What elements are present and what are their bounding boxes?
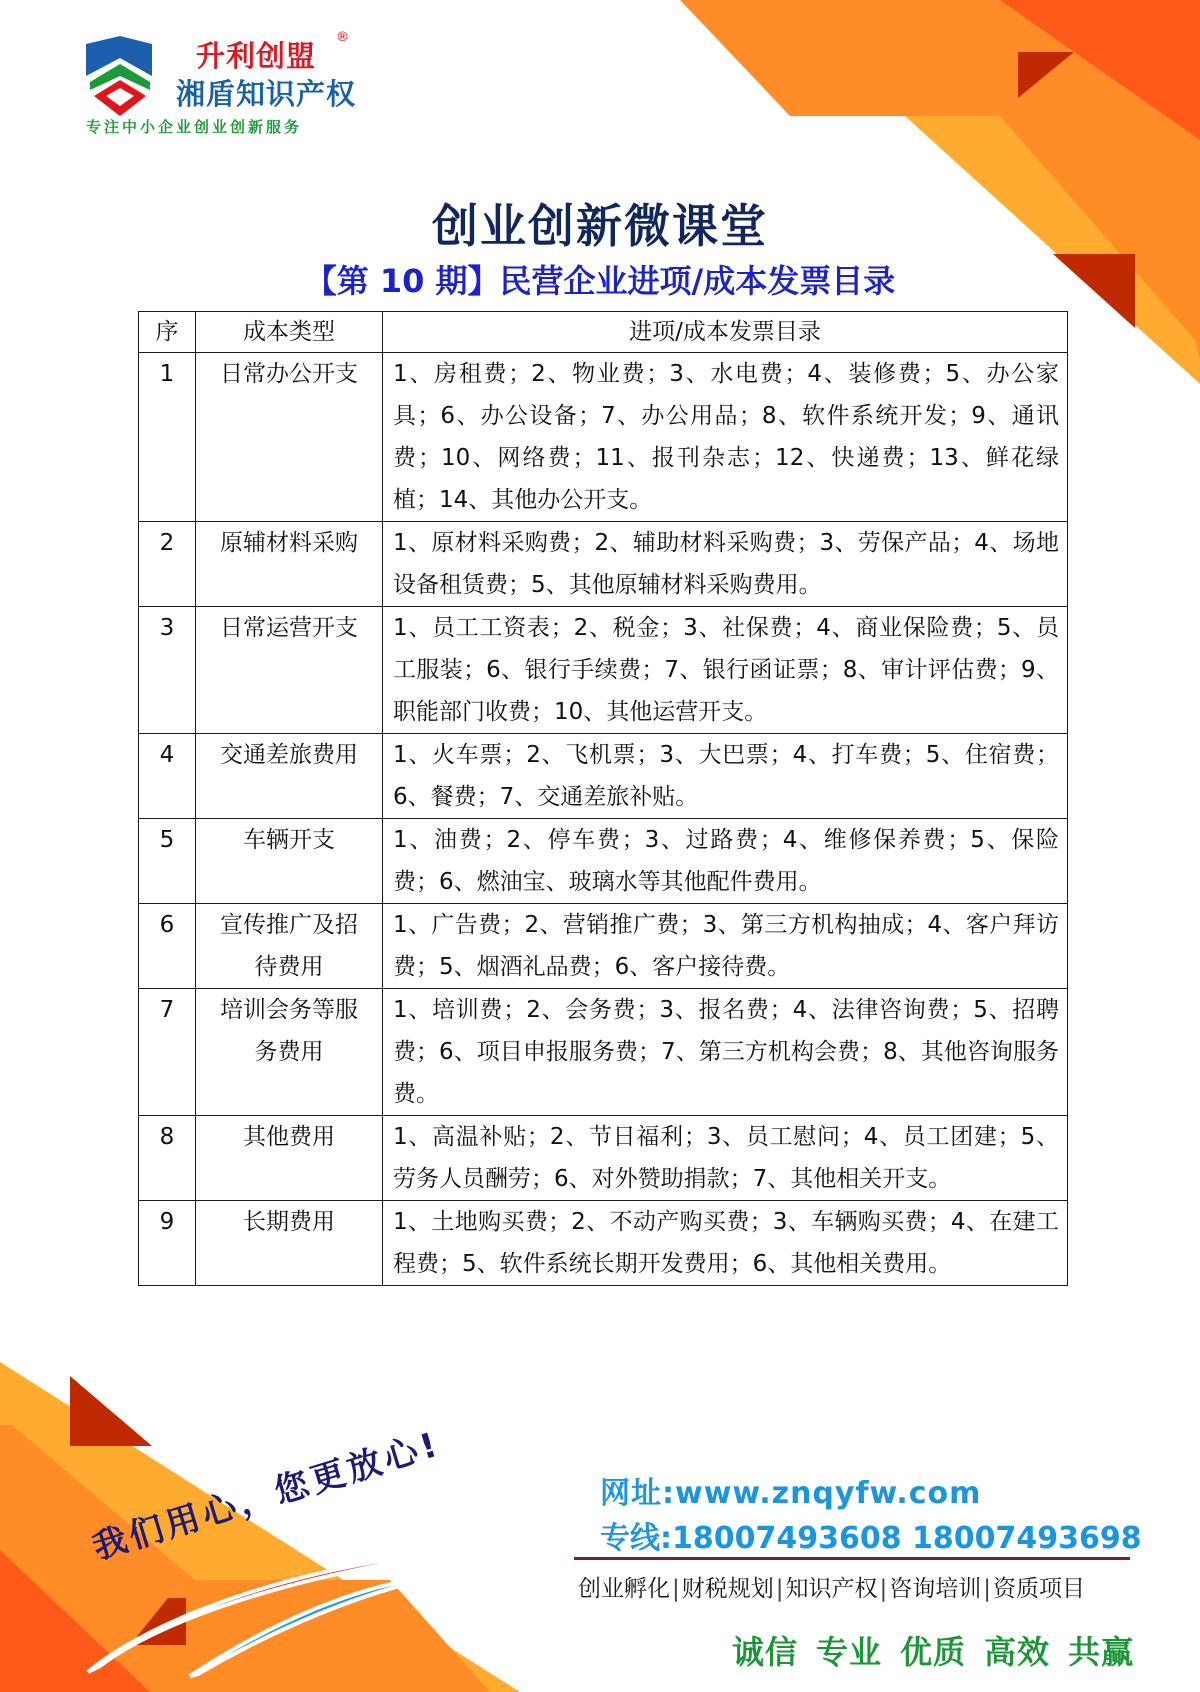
row-cost-type: 长期费用 xyxy=(196,1201,383,1286)
bottom-triangle-2 xyxy=(130,1598,186,1645)
shield-icon xyxy=(84,36,154,116)
registered-mark: ® xyxy=(336,30,349,45)
table-header-row: 序 成本类型 进项/成本发票目录 xyxy=(139,312,1068,353)
table-row: 8 其他费用 1、高温补贴；2、节日福利；3、员工慰问；4、员工团建；5、劳务人… xyxy=(139,1116,1068,1201)
blue-swoosh xyxy=(190,1576,438,1676)
table-row: 4 交通差旅费用 1、火车票；2、飞机票；3、大巴票；4、打车费；5、住宿费；6… xyxy=(139,734,1068,819)
row-items: 1、员工工资表；2、税金；3、社保费；4、商业保险费；5、员工服装；6、银行手续… xyxy=(383,607,1068,734)
row-items: 1、原材料采购费；2、辅助材料采购费；3、劳保产品；4、场地设备租赁费；5、其他… xyxy=(383,522,1068,607)
row-items: 1、油费；2、停车费；3、过路费；4、维修保养费；5、保险费；6、燃油宝、玻璃水… xyxy=(383,819,1068,904)
service-item: 创业孵化 xyxy=(578,1576,670,1602)
hotline-numbers: 专线:18007493608 18007493698 xyxy=(600,1513,1142,1557)
table-row: 3 日常运营开支 1、员工工资表；2、税金；3、社保费；4、商业保险费；5、员工… xyxy=(139,607,1068,734)
row-cost-type: 其他费用 xyxy=(196,1116,383,1201)
row-index: 8 xyxy=(139,1116,196,1201)
separator: | xyxy=(672,1576,680,1602)
row-index: 1 xyxy=(139,353,196,522)
website-link[interactable]: 网址:www.znqyfw.com xyxy=(600,1468,981,1512)
row-cost-type: 原辅材料采购 xyxy=(196,522,383,607)
top-deep-orange-band xyxy=(1000,0,1200,140)
footer-divider xyxy=(574,1557,1130,1560)
service-item: 咨询培训 xyxy=(889,1576,981,1602)
row-index: 7 xyxy=(139,989,196,1116)
motto-slogan: 我们用心，您更放心! xyxy=(86,1416,446,1569)
value-item: 共赢 xyxy=(1068,1633,1134,1671)
table-row: 6 宣传推广及招待费用 1、广告费；2、营销推广费；3、第三方机构抽成；4、客户… xyxy=(139,904,1068,989)
service-item: 知识产权 xyxy=(786,1576,878,1602)
bottom-triangle-1 xyxy=(70,1376,152,1446)
header-invoice-catalog: 进项/成本发票目录 xyxy=(383,312,1068,353)
row-cost-type: 宣传推广及招待费用 xyxy=(196,904,383,989)
page-subtitle: 【第 10 期】民营企业进项/成本发票目录 xyxy=(0,256,1200,302)
service-item: 财税规划 xyxy=(682,1576,774,1602)
row-cost-type: 日常办公开支 xyxy=(196,353,383,522)
row-items: 1、高温补贴；2、节日福利；3、员工慰问；4、员工团建；5、劳务人员酬劳；6、对… xyxy=(383,1116,1068,1201)
row-index: 4 xyxy=(139,734,196,819)
logo-slogan: 专注中小企业创业创新服务 xyxy=(86,116,302,137)
value-item: 专业 xyxy=(816,1633,882,1671)
company-logo: 升利创盟 ® 湘盾知识产权 专注中小企业创业创新服务 xyxy=(84,34,384,134)
value-item: 高效 xyxy=(984,1633,1050,1671)
row-items: 1、培训费；2、会务费；3、报名费；4、法律咨询费；5、招聘费；6、项目申报服务… xyxy=(383,989,1068,1116)
logo-brand-text: 升利创盟 xyxy=(196,34,316,75)
row-cost-type: 培训会务等服务费用 xyxy=(196,989,383,1116)
header-cost-type: 成本类型 xyxy=(196,312,383,353)
table-row: 7 培训会务等服务费用 1、培训费；2、会务费；3、报名费；4、法律咨询费；5、… xyxy=(139,989,1068,1116)
row-items: 1、土地购买费；2、不动产购买费；3、车辆购买费；4、在建工程费；5、软件系统长… xyxy=(383,1201,1068,1286)
separator: | xyxy=(983,1576,991,1602)
row-items: 1、房租费；2、物业费；3、水电费；4、装修费；5、办公家具；6、办公设备；7、… xyxy=(383,353,1068,522)
separator: | xyxy=(776,1576,784,1602)
row-index: 9 xyxy=(139,1201,196,1286)
row-items: 1、广告费；2、营销推广费；3、第三方机构抽成；4、客户拜访费；5、烟酒礼品费；… xyxy=(383,904,1068,989)
row-index: 5 xyxy=(139,819,196,904)
table-row: 1 日常办公开支 1、房租费；2、物业费；3、水电费；4、装修费；5、办公家具；… xyxy=(139,353,1068,522)
row-items: 1、火车票；2、飞机票；3、大巴票；4、打车费；5、住宿费；6、餐费；7、交通差… xyxy=(383,734,1068,819)
top-orange-band xyxy=(680,0,1200,360)
row-cost-type: 交通差旅费用 xyxy=(196,734,383,819)
table-row: 2 原辅材料采购 1、原材料采购费；2、辅助材料采购费；3、劳保产品；4、场地设… xyxy=(139,522,1068,607)
separator: | xyxy=(880,1576,888,1602)
bottom-light-orange-band xyxy=(0,1362,520,1692)
service-item: 资质项目 xyxy=(993,1576,1085,1602)
table-row: 5 车辆开支 1、油费；2、停车费；3、过路费；4、维修保养费；5、保险费；6、… xyxy=(139,819,1068,904)
bottom-deep-orange-band xyxy=(0,1550,150,1692)
table-row: 9 长期费用 1、土地购买费；2、不动产购买费；3、车辆购买费；4、在建工程费；… xyxy=(139,1201,1068,1286)
row-index: 6 xyxy=(139,904,196,989)
row-index: 2 xyxy=(139,522,196,607)
row-cost-type: 车辆开支 xyxy=(196,819,383,904)
red-swoosh xyxy=(88,1547,500,1672)
row-cost-type: 日常运营开支 xyxy=(196,607,383,734)
row-index: 3 xyxy=(139,607,196,734)
value-item: 优质 xyxy=(900,1633,966,1671)
value-item: 诚信 xyxy=(732,1633,798,1671)
top-triangle-1 xyxy=(1018,52,1074,98)
page-title: 创业创新微课堂 xyxy=(0,190,1200,256)
header-index: 序 xyxy=(139,312,196,353)
invoice-catalog-table: 序 成本类型 进项/成本发票目录 1 日常办公开支 1、房租费；2、物业费；3、… xyxy=(138,311,1068,1286)
core-values: 诚信专业优质高效共赢 xyxy=(732,1627,1152,1673)
logo-company-name: 湘盾知识产权 xyxy=(176,72,356,113)
service-list: 创业孵化|财税规划|知识产权|咨询培训|资质项目 xyxy=(578,1570,1085,1603)
